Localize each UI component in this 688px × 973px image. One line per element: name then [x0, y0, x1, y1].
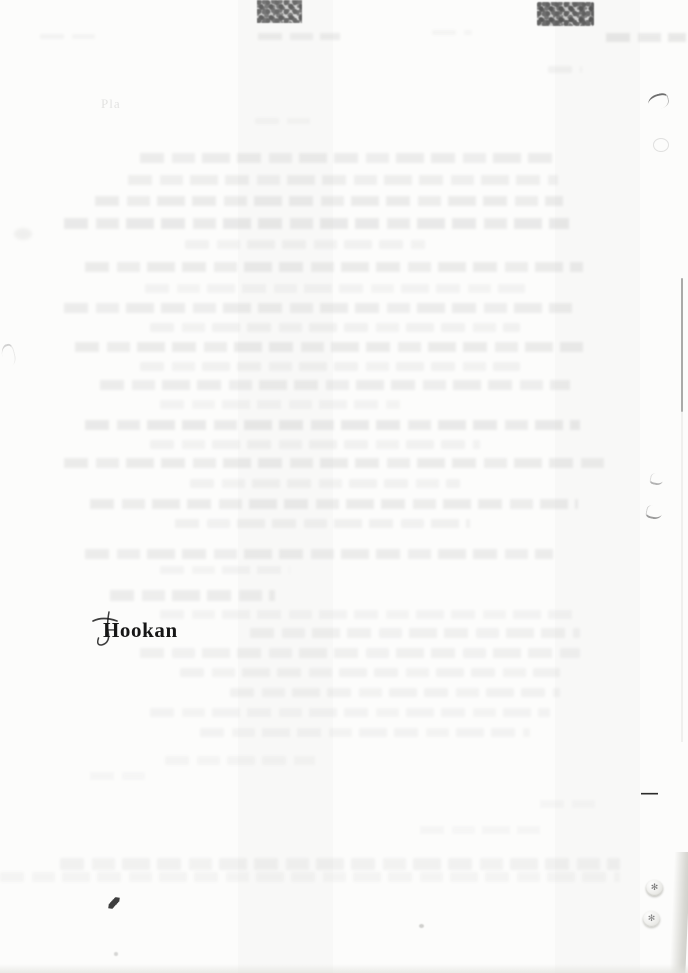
faint-ring-mark — [653, 138, 669, 152]
faded-text-line — [145, 284, 525, 293]
faded-text-line — [432, 30, 472, 35]
faded-text-line — [140, 648, 580, 658]
faded-text-line — [230, 688, 560, 697]
pen-squiggle-mark — [646, 92, 670, 112]
faint-blot-mark — [14, 228, 32, 240]
faded-text-line — [85, 420, 580, 430]
handwritten-annotation: Hookan — [86, 606, 206, 652]
faded-text-line — [128, 175, 558, 185]
faded-text-line — [540, 800, 600, 808]
pen-curl-mark — [649, 473, 664, 486]
faded-text-line — [548, 66, 582, 73]
faint-header-fragment: Pla — [101, 96, 121, 112]
speck-mark — [114, 952, 118, 956]
faded-text-line — [64, 458, 609, 468]
faded-text-line — [140, 153, 552, 163]
handwritten-word: Hookan — [103, 618, 178, 643]
scanner-band — [555, 0, 640, 973]
pen-squiggle-mark — [0, 343, 17, 367]
faded-text-line — [200, 728, 530, 737]
faded-text-line — [95, 196, 563, 206]
faded-text-line — [150, 323, 520, 332]
faded-text-line — [150, 708, 550, 717]
faded-text-line — [90, 772, 150, 780]
faded-text-line — [250, 628, 580, 638]
page-edge-line-faint — [681, 412, 683, 742]
faded-text-line — [140, 362, 520, 371]
faded-text-line — [75, 342, 583, 352]
faded-text-line — [175, 519, 470, 528]
faded-text-line — [64, 303, 572, 313]
faded-text-line — [40, 34, 98, 39]
faded-text-line — [160, 566, 290, 574]
faded-text-line — [255, 118, 315, 124]
ink-smudge-top-center — [257, 0, 302, 23]
faded-text-line — [100, 380, 570, 390]
faded-text-line — [160, 400, 400, 409]
faded-text-line — [0, 872, 620, 882]
faded-text-line — [60, 858, 620, 870]
ink-tick-mark — [108, 896, 120, 909]
page-edge-shadow — [669, 852, 688, 973]
bottom-edge-shadow — [0, 964, 688, 973]
faded-text-line — [85, 549, 553, 559]
scanner-band — [238, 0, 333, 973]
faded-text-line — [180, 668, 560, 677]
faded-text-line — [258, 33, 340, 40]
faded-text-line — [160, 610, 580, 619]
faded-text-line — [420, 826, 540, 834]
pen-curl-mark — [645, 504, 663, 520]
faded-text-line — [110, 590, 275, 601]
faded-text-line — [85, 262, 583, 272]
ink-smudge-top-right — [537, 2, 594, 26]
margin-dash-mark: — — [641, 783, 658, 803]
faded-text-line — [165, 756, 315, 765]
screw-shadow-mark — [646, 880, 663, 896]
screw-shadow-mark — [643, 911, 660, 927]
faded-text-line — [606, 33, 686, 42]
faded-text-line — [150, 440, 480, 449]
scanned-document-page: Pla Hookan — — [0, 0, 688, 973]
faded-text-line — [90, 499, 578, 509]
speck-mark — [419, 924, 424, 928]
page-edge-line — [681, 278, 683, 412]
faded-text-line — [64, 218, 569, 229]
faded-text-line — [185, 240, 425, 249]
faded-text-line — [190, 479, 460, 488]
